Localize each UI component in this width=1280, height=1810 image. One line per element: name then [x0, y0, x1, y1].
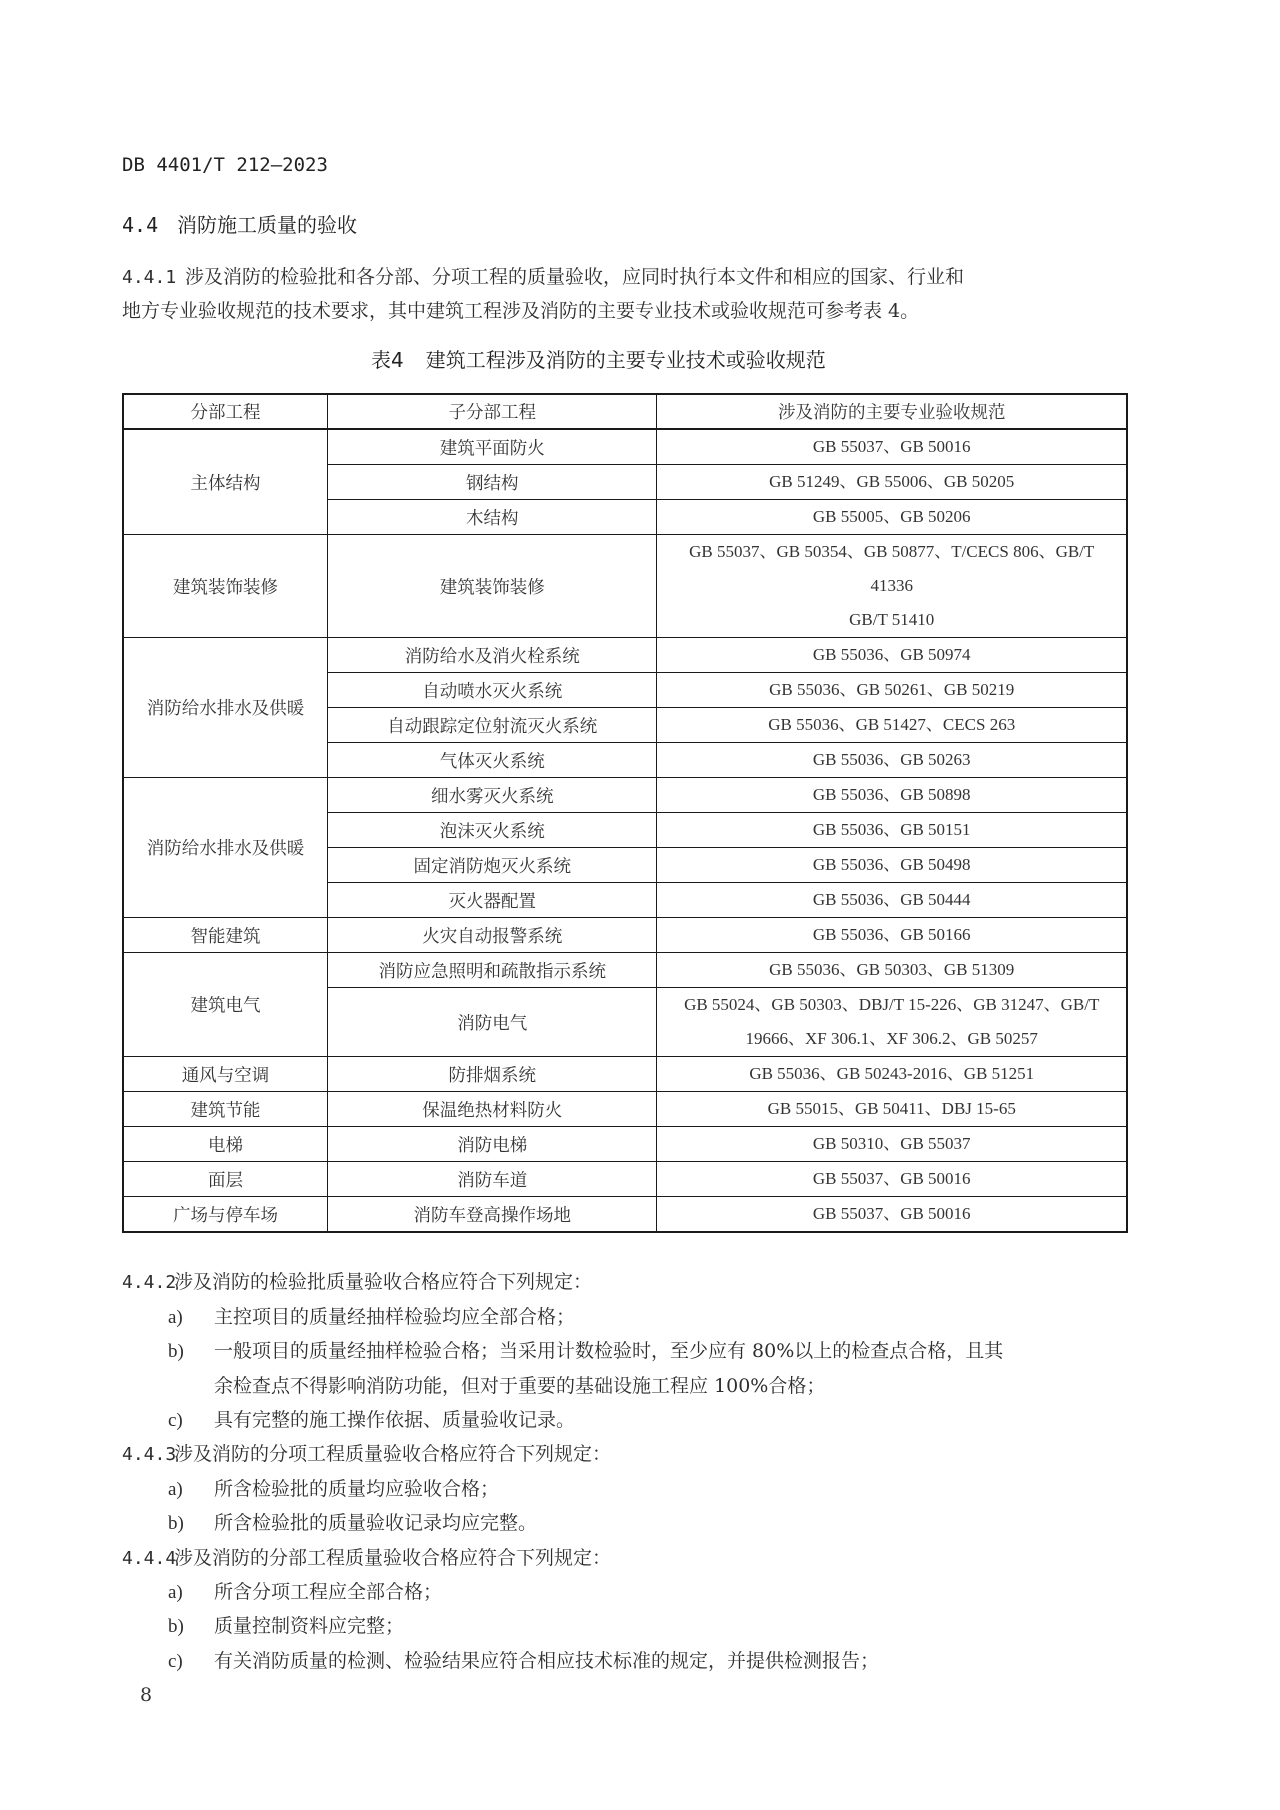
subdivision-cell: 自动跟踪定位射流灭火系统 [328, 708, 657, 743]
section-heading: 4.4消防施工质量的验收 [122, 209, 357, 238]
list-text: 质量控制资料应完整； [214, 1615, 404, 1637]
standards-line: GB 55037、GB 50354、GB 50877、T/CECS 806、GB… [661, 535, 1122, 569]
subdivision-cell: 建筑平面防火 [328, 429, 657, 465]
subdivision-cell: 细水雾灭火系统 [328, 778, 657, 813]
table-row: 广场与停车场 消防车登高操作场地 GB 55037、GB 50016 [123, 1197, 1127, 1233]
list-item: b)所含检验批的质量验收记录均应完整。 [168, 1508, 537, 1535]
list-text: 有关消防质量的检测、检验结果应符合相应技术标准的规定，并提供检测报告； [214, 1650, 879, 1672]
list-item: a)主控项目的质量经抽样检验均应全部合格； [168, 1302, 575, 1329]
list-item: b)质量控制资料应完整； [168, 1611, 404, 1638]
subdivision-cell: 消防车登高操作场地 [328, 1197, 657, 1233]
table-caption: 表4建筑工程涉及消防的主要专业技术或验收规范 [371, 344, 826, 373]
standards-line: GB 55024、GB 50303、DBJ/T 15-226、GB 31247、… [661, 988, 1122, 1022]
list-item: c)具有完整的施工操作依据、质量验收记录。 [168, 1405, 575, 1432]
standards-cell: GB 50310、GB 55037 [657, 1127, 1127, 1162]
list-item: a)所含检验批的质量均应验收合格； [168, 1474, 499, 1501]
list-marker: c) [168, 1410, 214, 1432]
table-row: 建筑装饰装修 建筑装饰装修 GB 55037、GB 50354、GB 50877… [123, 535, 1127, 638]
standards-cell: GB 55015、GB 50411、DBJ 15-65 [657, 1092, 1127, 1127]
standards-cell: GB 55036、GB 51427、CECS 263 [657, 708, 1127, 743]
division-cell: 主体结构 [123, 429, 328, 535]
list-item: c)有关消防质量的检测、检验结果应符合相应技术标准的规定，并提供检测报告； [168, 1646, 879, 1673]
table-row: 智能建筑 火灾自动报警系统 GB 55036、GB 50166 [123, 918, 1127, 953]
list-item: a)所含分项工程应全部合格； [168, 1577, 442, 1604]
list-marker: a) [168, 1307, 214, 1329]
standards-cell: GB 55024、GB 50303、DBJ/T 15-226、GB 31247、… [657, 988, 1127, 1057]
table-row: 消防给水排水及供暖 消防给水及消火栓系统 GB 55036、GB 50974 [123, 638, 1127, 673]
subdivision-cell: 消防给水及消火栓系统 [328, 638, 657, 673]
standards-line: GB/T 51410 [661, 603, 1122, 637]
clause-text: 涉及消防的分部工程质量验收合格应符合下列规定： [174, 1547, 611, 1569]
standards-cell: GB 55037、GB 50016 [657, 1197, 1127, 1233]
division-cell: 智能建筑 [123, 918, 328, 953]
list-text: 具有完整的施工操作依据、质量验收记录。 [214, 1409, 575, 1431]
list-text: 主控项目的质量经抽样检验均应全部合格； [214, 1306, 575, 1328]
clause-text: 涉及消防的检验批和各分部、分项工程的质量验收，应同时执行本文件和相应的国家、行业… [185, 266, 964, 288]
division-cell: 通风与空调 [123, 1057, 328, 1092]
section-number: 4.4 [122, 213, 177, 237]
list-text: 所含分项工程应全部合格； [214, 1581, 442, 1603]
document-code: DB 4401/T 212—2023 [122, 154, 328, 176]
subdivision-cell: 消防车道 [328, 1162, 657, 1197]
division-cell: 建筑电气 [123, 953, 328, 1057]
table-row: 消防给水排水及供暖 细水雾灭火系统 GB 55036、GB 50898 [123, 778, 1127, 813]
list-item-continuation: 余检查点不得影响消防功能，但对于重要的基础设施工程应 100%合格； [214, 1371, 825, 1398]
table-row: 建筑电气 消防应急照明和疏散指示系统 GB 55036、GB 50303、GB … [123, 953, 1127, 988]
subdivision-cell: 防排烟系统 [328, 1057, 657, 1092]
list-marker: a) [168, 1479, 214, 1501]
list-marker: b) [168, 1616, 214, 1638]
subdivision-cell: 木结构 [328, 500, 657, 535]
spec-table: 分部工程 子分部工程 涉及消防的主要专业验收规范 主体结构 建筑平面防火 GB … [122, 393, 1128, 1233]
subdivision-cell: 钢结构 [328, 465, 657, 500]
table-row: 通风与空调 防排烟系统 GB 55036、GB 50243-2016、GB 51… [123, 1057, 1127, 1092]
clause-4-4-1-line-1: 4.4.1涉及消防的检验批和各分部、分项工程的质量验收，应同时执行本文件和相应的… [122, 262, 964, 289]
subdivision-cell: 火灾自动报警系统 [328, 918, 657, 953]
division-cell: 电梯 [123, 1127, 328, 1162]
header-division: 分部工程 [123, 394, 328, 429]
standards-line: 41336 [661, 569, 1122, 603]
standards-line: 19666、XF 306.1、XF 306.2、GB 50257 [661, 1022, 1122, 1056]
table-row: 主体结构 建筑平面防火 GB 55037、GB 50016 [123, 429, 1127, 465]
division-cell: 建筑装饰装修 [123, 535, 328, 638]
list-text: 所含检验批的质量验收记录均应完整。 [214, 1512, 537, 1534]
list-marker: b) [168, 1341, 214, 1363]
subdivision-cell: 保温绝热材料防火 [328, 1092, 657, 1127]
subdivision-cell: 消防应急照明和疏散指示系统 [328, 953, 657, 988]
subdivision-cell: 自动喷水灭火系统 [328, 673, 657, 708]
subdivision-cell: 泡沫灭火系统 [328, 813, 657, 848]
clause-4-4-4: 4.4.4涉及消防的分部工程质量验收合格应符合下列规定： [122, 1543, 611, 1570]
table-row: 建筑节能 保温绝热材料防火 GB 55015、GB 50411、DBJ 15-6… [123, 1092, 1127, 1127]
list-text: 一般项目的质量经抽样检验合格；当采用计数检验时，至少应有 80%以上的检查点合格… [214, 1340, 1003, 1362]
clause-text: 涉及消防的分项工程质量验收合格应符合下列规定： [174, 1443, 611, 1465]
table-caption-title: 建筑工程涉及消防的主要专业技术或验收规范 [426, 348, 826, 372]
clause-number: 4.4.4 [122, 1548, 174, 1569]
clause-4-4-2: 4.4.2涉及消防的检验批质量验收合格应符合下列规定： [122, 1267, 592, 1294]
subdivision-cell: 消防电梯 [328, 1127, 657, 1162]
standards-cell: GB 55036、GB 50444 [657, 883, 1127, 918]
standards-cell: GB 55037、GB 50016 [657, 429, 1127, 465]
clause-text: 涉及消防的检验批质量验收合格应符合下列规定： [174, 1271, 592, 1293]
subdivision-cell: 建筑装饰装修 [328, 535, 657, 638]
list-marker: c) [168, 1651, 214, 1673]
list-marker: a) [168, 1582, 214, 1604]
header-subdivision: 子分部工程 [328, 394, 657, 429]
subdivision-cell: 气体灭火系统 [328, 743, 657, 778]
table-caption-label: 表4 [371, 348, 404, 372]
subdivision-cell: 消防电气 [328, 988, 657, 1057]
list-marker: b) [168, 1513, 214, 1535]
clause-number: 4.4.1 [122, 267, 185, 288]
division-cell: 面层 [123, 1162, 328, 1197]
standards-cell: GB 55036、GB 50166 [657, 918, 1127, 953]
standards-cell: GB 55036、GB 50498 [657, 848, 1127, 883]
standards-cell: GB 55037、GB 50354、GB 50877、T/CECS 806、GB… [657, 535, 1127, 638]
table-header-row: 分部工程 子分部工程 涉及消防的主要专业验收规范 [123, 394, 1127, 429]
list-text: 所含检验批的质量均应验收合格； [214, 1478, 499, 1500]
table-row: 电梯 消防电梯 GB 50310、GB 55037 [123, 1127, 1127, 1162]
subdivision-cell: 固定消防炮灭火系统 [328, 848, 657, 883]
standards-cell: GB 55036、GB 50263 [657, 743, 1127, 778]
standards-cell: GB 55036、GB 50151 [657, 813, 1127, 848]
header-standards: 涉及消防的主要专业验收规范 [657, 394, 1127, 429]
page-number: 8 [140, 1684, 152, 1706]
table-row: 面层 消防车道 GB 55037、GB 50016 [123, 1162, 1127, 1197]
clause-4-4-3: 4.4.3涉及消防的分项工程质量验收合格应符合下列规定： [122, 1439, 611, 1466]
subdivision-cell: 灭火器配置 [328, 883, 657, 918]
division-cell: 广场与停车场 [123, 1197, 328, 1233]
division-cell: 消防给水排水及供暖 [123, 778, 328, 918]
standards-cell: GB 55036、GB 50243-2016、GB 51251 [657, 1057, 1127, 1092]
standards-cell: GB 55037、GB 50016 [657, 1162, 1127, 1197]
standards-cell: GB 55036、GB 50261、GB 50219 [657, 673, 1127, 708]
clause-number: 4.4.3 [122, 1444, 174, 1465]
list-item: b)一般项目的质量经抽样检验合格；当采用计数检验时，至少应有 80%以上的检查点… [168, 1336, 1003, 1363]
clause-4-4-1-line-2: 地方专业验收规范的技术要求，其中建筑工程涉及消防的主要专业技术或验收规范可参考表… [122, 296, 919, 323]
standards-cell: GB 55036、GB 50303、GB 51309 [657, 953, 1127, 988]
division-cell: 建筑节能 [123, 1092, 328, 1127]
division-cell: 消防给水排水及供暖 [123, 638, 328, 778]
standards-cell: GB 51249、GB 55006、GB 50205 [657, 465, 1127, 500]
standards-cell: GB 55036、GB 50974 [657, 638, 1127, 673]
section-title: 消防施工质量的验收 [177, 213, 357, 237]
clause-number: 4.4.2 [122, 1272, 174, 1293]
standards-cell: GB 55005、GB 50206 [657, 500, 1127, 535]
standards-cell: GB 55036、GB 50898 [657, 778, 1127, 813]
